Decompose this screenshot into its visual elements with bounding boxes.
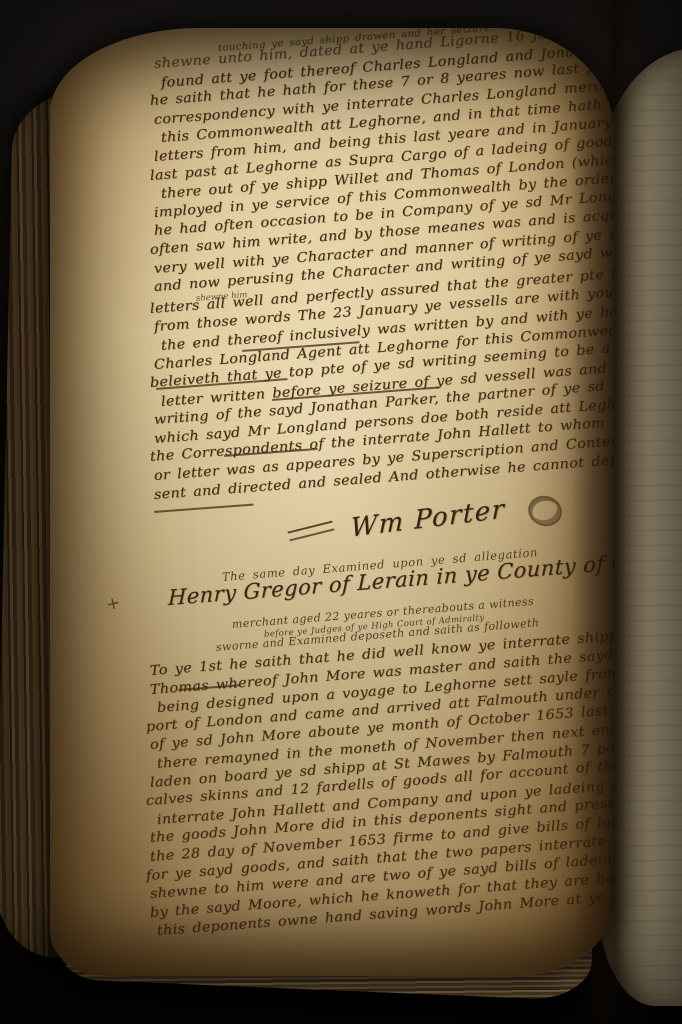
deposition-1-text: touching ye sayd shipp drawen and her se…: [154, 42, 614, 504]
signature-flourish-dash: [287, 521, 334, 542]
deposition-2-text: To ye 1st he saith that he did well know…: [150, 662, 614, 941]
ink-layer: touching ye sayd shipp drawen and her se…: [50, 28, 614, 976]
ink-strikethrough: [154, 504, 254, 513]
margin-anchor-mark: +: [104, 593, 122, 616]
manuscript-page: touching ye sayd shipp drawen and her se…: [50, 28, 614, 976]
manuscript-photo: touching ye sayd shipp drawen and her se…: [0, 0, 682, 1024]
